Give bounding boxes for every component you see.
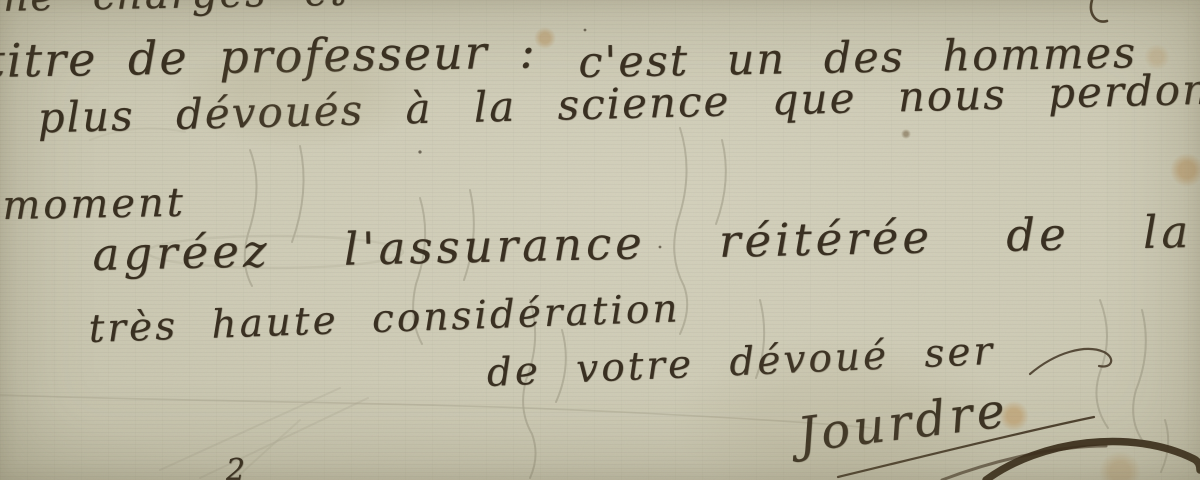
- handwritten-line-1: me chargés et: [0, 0, 348, 18]
- scanned-letter-page: { "document": { "kind": "handwritten-let…: [0, 0, 1200, 480]
- handwritten-line-4: moment: [2, 183, 186, 226]
- bottom-edge-fragment: 2: [226, 456, 245, 480]
- handwritten-line-2-left: titre de professeur :: [0, 28, 537, 84]
